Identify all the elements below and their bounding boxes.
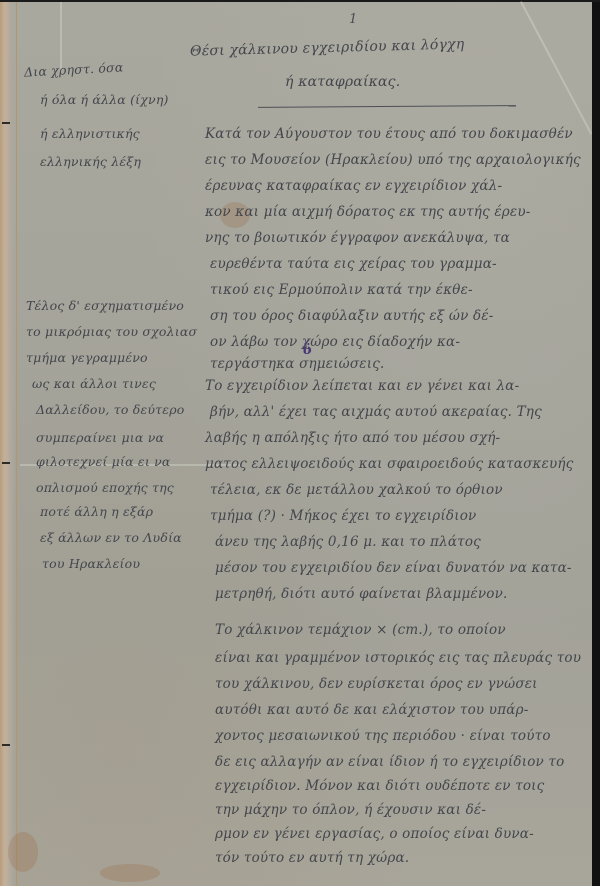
- margin-line: οπλισμού εποχής της: [36, 480, 174, 495]
- binding-hole: [2, 122, 10, 124]
- scan-border: [592, 2, 600, 886]
- text-line: τμήμα (?) · Μήκος έχει το εγχειρίδιον: [210, 508, 476, 524]
- margin-line: ως και άλλοι τινες: [32, 376, 156, 391]
- purple-correction-mark: ΰ: [302, 342, 312, 358]
- margin-line: Δαλλείδου, το δεύτερο: [36, 402, 184, 417]
- text-line: εις το Μουσείον (Ηρακλείου) υπό της αρχα…: [205, 152, 581, 168]
- margin-line: ελληνικής λέξη: [40, 154, 141, 169]
- text-line: την μάχην το όπλον, ή έχουσιν και δέ-: [215, 802, 486, 818]
- text-line: τεργάστηκα σημειώσεις.: [210, 356, 385, 372]
- text-line: εγχειρίδιον. Μόνον και διότι ουδέποτε εν…: [215, 778, 544, 794]
- text-line: τέλεια, εκ δε μετάλλου χαλκού το όρθιον: [210, 482, 503, 498]
- text-line: είναι και γραμμένον ιστορικός εις τας πλ…: [215, 650, 581, 666]
- text-line: λαβής η απόληξις ήτο από του μέσου σχή-: [205, 430, 500, 446]
- text-line: δε εις αλλαγήν αν είναι ίδιον ή το εγχει…: [215, 754, 564, 770]
- text-line: χοντος μεσαιωνικού της περιόδου · είναι …: [215, 728, 551, 744]
- binding-hole: [2, 744, 10, 746]
- text-line: μέσον του εγχειριδίου δεν είναι δυνατόν …: [215, 560, 572, 576]
- text-line: αυτόθι και αυτό δε και ελάχιστον του υπά…: [215, 702, 529, 718]
- text-line: ση του όρος διαφύλαξιν αυτής εξ ών δέ-: [210, 308, 494, 324]
- margin-line: εξ άλλων εν το Λυδία: [40, 530, 182, 545]
- page-binding-edge: [0, 2, 17, 886]
- margin-line: Τέλος δ' εσχηματισμένο: [26, 298, 184, 313]
- heading-line: ή καταφραίκας.: [285, 74, 400, 90]
- text-line: του χάλκινου, δεν ευρίσκεται όρος εν γνώ…: [215, 676, 538, 692]
- margin-line: ποτέ άλλη η εξάρ: [40, 504, 153, 519]
- margin-line: του Ηρακλείου: [42, 556, 140, 571]
- text-line: Το εγχειρίδιον λείπεται και εν γένει και…: [205, 378, 519, 394]
- heading-underline: [258, 105, 516, 108]
- foxing-stain: [8, 832, 38, 872]
- text-line: νης το βοιωτικόν έγγραφον ανεκάλυψα, τα: [205, 230, 510, 246]
- text-line: ματος ελλειψοειδούς και σφαιροειδούς κατ…: [205, 456, 573, 472]
- binding-hole: [2, 462, 10, 464]
- margin-line: ή όλα ή άλλα (ίχνη): [40, 92, 169, 107]
- text-line: ον λάβω τον χώρο εις δίαδοχήν κα-: [210, 334, 460, 350]
- margin-line: το μικρόμιας του σχολιασ: [26, 324, 197, 339]
- text-line: ευρεθέντα ταύτα εις χείρας του γραμμα-: [210, 256, 497, 272]
- margin-line: φιλοτεχνεί μία ει να: [36, 454, 171, 469]
- paper-crease: [520, 1, 592, 134]
- margin-line: τμήμα γεγραμμένο: [26, 350, 148, 365]
- page-number: 1: [349, 12, 357, 27]
- heading-line: Θέσι χάλκινου εγχειριδίου και λόγχη: [190, 36, 465, 59]
- margin-line: ή ελληνιστικής: [40, 126, 140, 141]
- text-line: ρμον εν γένει εργασίας, ο οποίος είναι δ…: [215, 826, 534, 842]
- paper-crease: [60, 2, 62, 72]
- text-line: έρευνας καταφραίκας εν εγχειρίδιον χάλ-: [205, 178, 502, 194]
- text-line: βήν, αλλ' έχει τας αιχμάς αυτού ακεραίας…: [210, 404, 542, 420]
- manuscript-page: 1 Θέσι χάλκινου εγχειριδίου και λόγχη ή …: [0, 2, 592, 886]
- text-line: τικού εις Ερμούπολιν κατά την έκθε-: [210, 282, 473, 298]
- text-line: Κατά τον Αύγουστον του έτους από του δοκ…: [205, 126, 573, 142]
- foxing-stain: [100, 864, 160, 882]
- text-line: μετρηθή, διότι αυτό φαίνεται βλαμμένον.: [215, 586, 508, 602]
- margin-line: συμπεραίνει μια να: [36, 430, 164, 445]
- margin-line: Δια χρηστ. όσα: [24, 59, 124, 79]
- text-line: κον και μία αιχμή δόρατος εκ της αυτής έ…: [205, 204, 531, 220]
- text-line: άνευ της λαβής 0,16 μ. και το πλάτος: [215, 534, 481, 550]
- text-line: τόν τούτο εν αυτή τη χώρα.: [215, 850, 409, 866]
- text-line: Το χάλκινον τεμάχιον × (cm.), το οποίον: [215, 622, 506, 638]
